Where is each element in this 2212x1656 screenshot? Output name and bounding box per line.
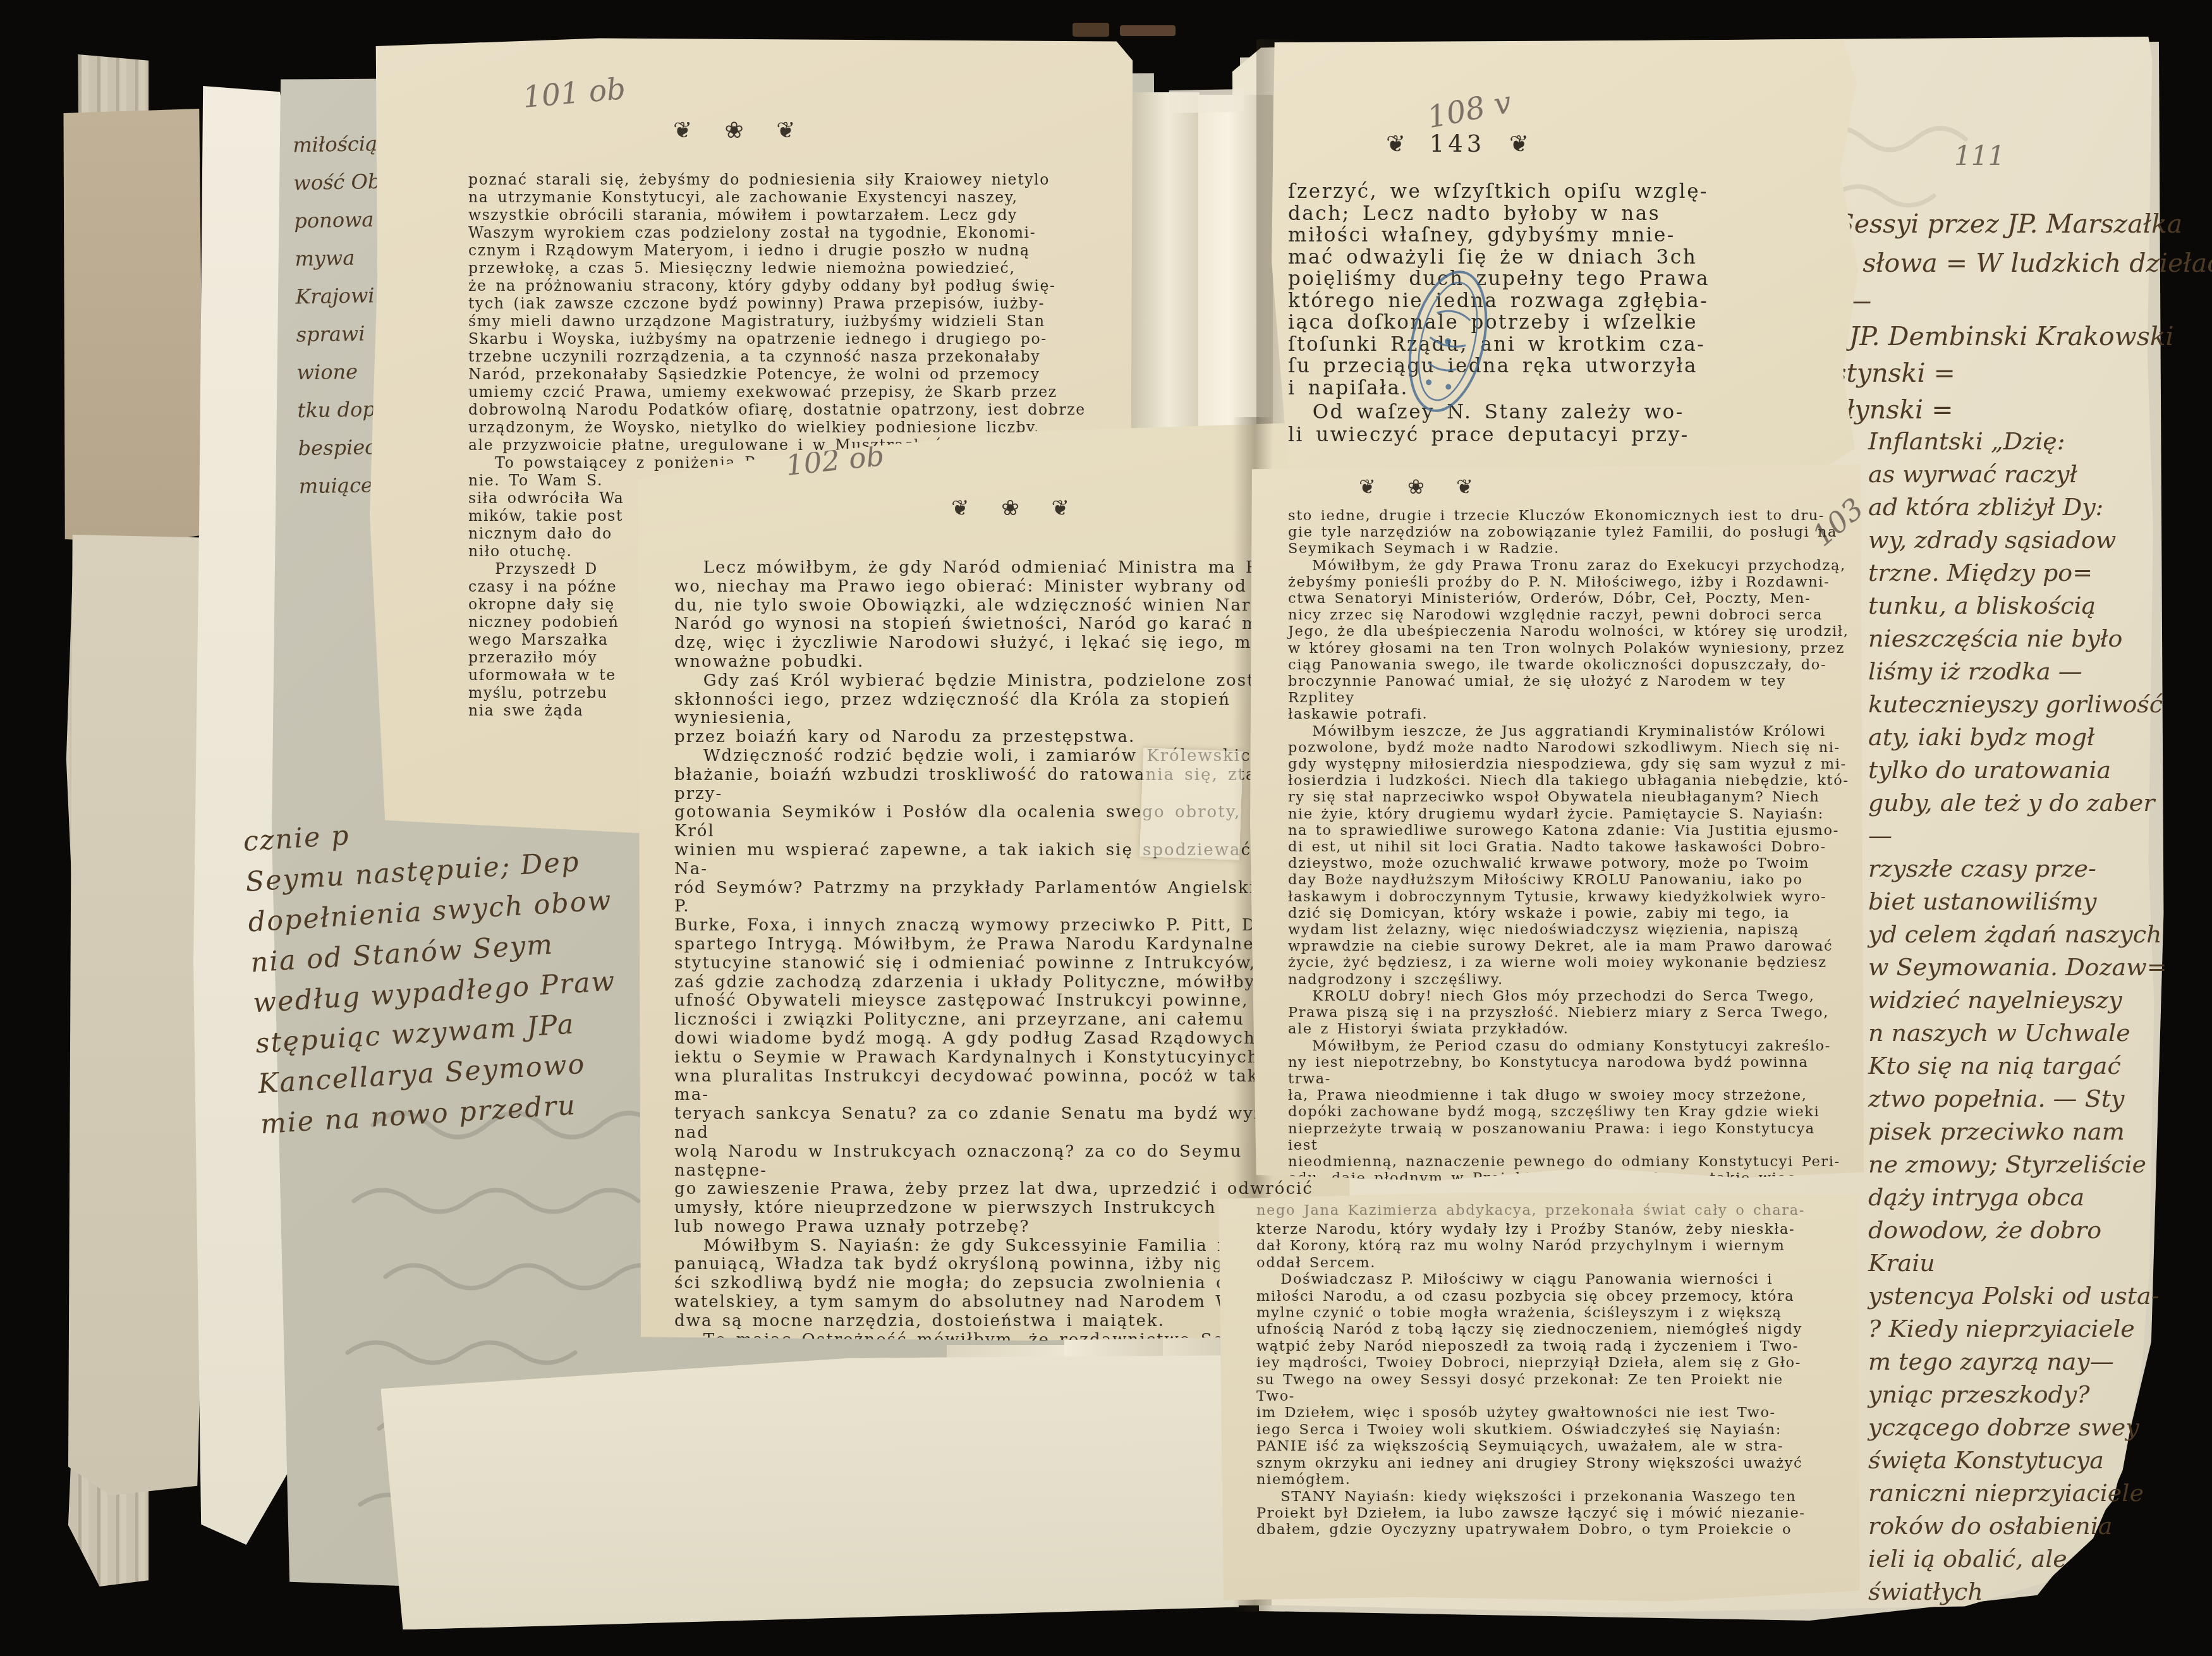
floral-ornament-row-102: ❦ ❀ ❦ (951, 496, 1082, 521)
pencil-folio-101: 101 ob (521, 71, 627, 115)
photographed-manuscript-book: miłością wość Ob ponowa mywa Krajowi spr… (0, 0, 2212, 1656)
right-hw-fragments: Inflantski „Dzię: as wyrwać raczył ad kt… (1868, 425, 2172, 1608)
header-ornament-right: ❦ (1509, 130, 1529, 157)
printed-text-143-para1: ſzerzyć, we wſzyſtkich opiſu wzglę- dach… (1288, 181, 1844, 399)
spine-fragment-2 (1120, 25, 1176, 36)
page-header-143: ❦ 143 ❦ (1325, 130, 1590, 157)
printed-text-143-para2: Od waſzey N. Stany zależy wo- li uwieczy… (1288, 401, 1844, 446)
printed-text-bottom: kterze Narodu, który wydały łzy i Proźby… (1256, 1221, 1819, 1538)
paper-tab-top (1169, 89, 1244, 113)
header-ornament-left: ❦ (1386, 130, 1406, 157)
clipping-143: ❦ 143 ❦ ſzerzyć, we wſzyſtkich opiſu wzg… (1272, 38, 1861, 484)
cream-paper-fragment (68, 535, 209, 1495)
spine-fragment-1 (1073, 23, 1109, 37)
tan-paper-fragment (61, 109, 204, 544)
left-lower-handwriting: cznie p Seymu następuie; Dep dopełnienia… (242, 800, 626, 1145)
printed-text-bottom-cutline: nego Jana Kazimierza abdykacya, przekona… (1256, 1202, 1819, 1219)
floral-ornament-row-101: ❦ ❀ ❦ (673, 118, 808, 143)
blank-sheet-corner (380, 1350, 1239, 1630)
floral-ornament-row-103: ❦ ❀ ❦ (1359, 475, 1486, 499)
page-number-143: 143 (1430, 130, 1486, 157)
pencil-folio-111: 111 (1954, 140, 2005, 171)
printed-text-103: sto iedne, drugie i trzecie Kluczów Ekon… (1288, 508, 1850, 1220)
tape-piece (1139, 748, 1243, 860)
clipping-103: ❦ ❀ ❦ 103 sto iedne, drugie i trzecie Kl… (1250, 463, 1865, 1185)
clipping-bottom: nego Jana Kazimierza abdykacya, przekona… (1217, 1191, 1861, 1603)
